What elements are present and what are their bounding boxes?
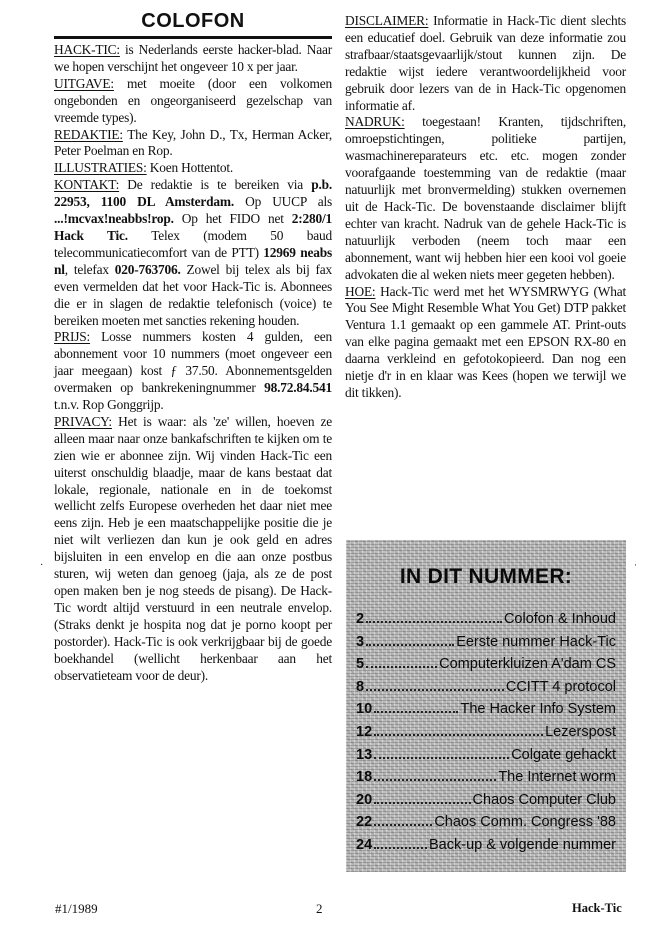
toc-page: 18	[356, 769, 372, 785]
toc-page: 10	[356, 701, 372, 717]
toc-page: 24	[356, 837, 372, 853]
toc-item: 5Computerkluizen A'dam CS	[356, 656, 616, 679]
title-rule	[54, 36, 332, 39]
privacy-paragraph: PRIVACY: Het is waar: als 'ze' willen, h…	[54, 414, 332, 685]
colofon-column: COLOFON HACK-TIC: is Nederlands eerste h…	[54, 8, 332, 684]
prijs-text: t.n.v. Rop Gonggrijp.	[54, 397, 164, 412]
kontakt-text: Op UUCP als	[234, 194, 332, 209]
nadruk-paragraph: NADRUK: toegestaan! Kranten, tijdschrift…	[345, 114, 626, 283]
hacktic-label: HACK-TIC:	[54, 42, 120, 57]
toc-item-title: Colofon & Inhoud	[504, 611, 616, 627]
leader-dots	[374, 779, 496, 781]
toc-item-title: The Internet worm	[498, 769, 616, 785]
leader-dots	[366, 644, 454, 646]
hoe-label: HOE:	[345, 284, 375, 299]
bank-account-number: 98.72.84.541	[264, 380, 332, 395]
toc-item-title: The Hacker Info System	[460, 701, 616, 717]
kontakt-text: Op het FIDO net	[174, 211, 292, 226]
nadruk-label: NADRUK:	[345, 114, 405, 129]
leader-dots	[366, 621, 502, 623]
fax-number: 020-763706.	[115, 262, 181, 277]
privacy-label: PRIVACY:	[54, 414, 112, 429]
illustraties-paragraph: ILLUSTRATIES: Koen Hottentot.	[54, 160, 332, 177]
toc-item: 22Chaos Comm. Congress '88	[356, 814, 616, 837]
toc-page: 5	[356, 656, 364, 672]
nadruk-text: toegestaan! Kranten, tijdschriften, omro…	[345, 114, 626, 281]
leader-dots	[374, 734, 543, 736]
toc-page: 13	[356, 747, 372, 763]
disclaimer-label: DISCLAIMER:	[345, 13, 428, 28]
prijs-paragraph: PRIJS: Losse nummers kosten 4 gulden, ee…	[54, 329, 332, 414]
toc-item: 10The Hacker Info System	[356, 701, 616, 724]
hoe-text: Hack-Tic werd met het WYSMRWYG (What You…	[345, 284, 626, 400]
toc-item-title: Chaos Computer Club	[473, 792, 616, 808]
scan-speck: ·	[40, 560, 43, 571]
toc-item: 18The Internet worm	[356, 769, 616, 792]
leader-dots	[374, 847, 427, 849]
toc-item-title: Chaos Comm. Congress '88	[434, 814, 616, 830]
toc-page: 22	[356, 814, 372, 830]
toc-page: 3	[356, 634, 364, 650]
disclaimer-paragraph: DISCLAIMER: Informatie in Hack-Tic dient…	[345, 13, 626, 114]
toc-item-title: Back-up & volgende nummer	[429, 837, 616, 853]
kontakt-text: De redaktie is te bereiken via	[119, 177, 311, 192]
leader-dots	[374, 802, 470, 804]
redaktie-paragraph: REDAKTIE: The Key, John D., Tx, Herman A…	[54, 127, 332, 161]
disclaimer-column: DISCLAIMER: Informatie in Hack-Tic dient…	[345, 13, 626, 402]
prijs-label: PRIJS:	[54, 329, 90, 344]
leader-dots	[374, 757, 509, 759]
toc-item: 3Eerste nummer Hack-Tic	[356, 634, 616, 657]
toc-item: 20Chaos Computer Club	[356, 792, 616, 815]
uitgave-paragraph: UITGAVE: met moeite (door een volkomen o…	[54, 76, 332, 127]
table-of-contents-box: IN DIT NUMMER: 2Colofon & Inhoud 3Eerste…	[346, 540, 626, 872]
footer-issue-number: #1/1989	[55, 901, 98, 917]
footer-magazine-name: Hack-Tic	[572, 901, 622, 916]
toc-item-title: Computerkluizen A'dam CS	[439, 656, 616, 672]
toc-page: 8	[356, 679, 364, 695]
hoe-paragraph: HOE: Hack-Tic werd met het WYSMRWYG (Wha…	[345, 284, 626, 402]
kontakt-paragraph: KONTAKT: De redaktie is te bereiken via …	[54, 177, 332, 329]
leader-dots	[374, 711, 458, 713]
hacktic-paragraph: HACK-TIC: is Nederlands eerste hacker-bl…	[54, 42, 332, 76]
toc-title: IN DIT NUMMER:	[346, 565, 626, 589]
scan-speck: ·	[634, 560, 637, 570]
footer-page-number: 2	[316, 901, 323, 917]
toc-page: 12	[356, 724, 372, 740]
toc-item: 8CCITT 4 protocol	[356, 679, 616, 702]
toc-item: 12Lezerspost	[356, 724, 616, 747]
kontakt-text: , telefax	[65, 262, 115, 277]
toc-list: 2Colofon & Inhoud 3Eerste nummer Hack-Ti…	[356, 611, 616, 860]
leader-dots	[366, 689, 504, 691]
illustraties-label: ILLUSTRATIES:	[54, 160, 147, 175]
redaktie-label: REDAKTIE:	[54, 127, 123, 142]
toc-item-title: Lezerspost	[545, 724, 616, 740]
leader-dots	[374, 824, 432, 826]
toc-item: 24Back-up & volgende nummer	[356, 837, 616, 860]
privacy-text: Het is waar: als 'ze' willen, hoeven ze …	[54, 414, 332, 683]
uitgave-label: UITGAVE:	[54, 76, 114, 91]
kontakt-label: KONTAKT:	[54, 177, 119, 192]
toc-item-title: Colgate gehackt	[511, 747, 616, 763]
toc-item: 2Colofon & Inhoud	[356, 611, 616, 634]
toc-page: 2	[356, 611, 364, 627]
colofon-title: COLOFON	[54, 8, 332, 34]
toc-item-title: CCITT 4 protocol	[506, 679, 616, 695]
illustraties-text: Koen Hottentot.	[147, 160, 233, 175]
toc-item-title: Eerste nummer Hack-Tic	[456, 634, 616, 650]
toc-item: 13Colgate gehackt	[356, 747, 616, 770]
toc-page: 20	[356, 792, 372, 808]
leader-dots	[366, 666, 437, 668]
uucp-address: ...!mcvax!neabbs!rop.	[54, 211, 174, 226]
